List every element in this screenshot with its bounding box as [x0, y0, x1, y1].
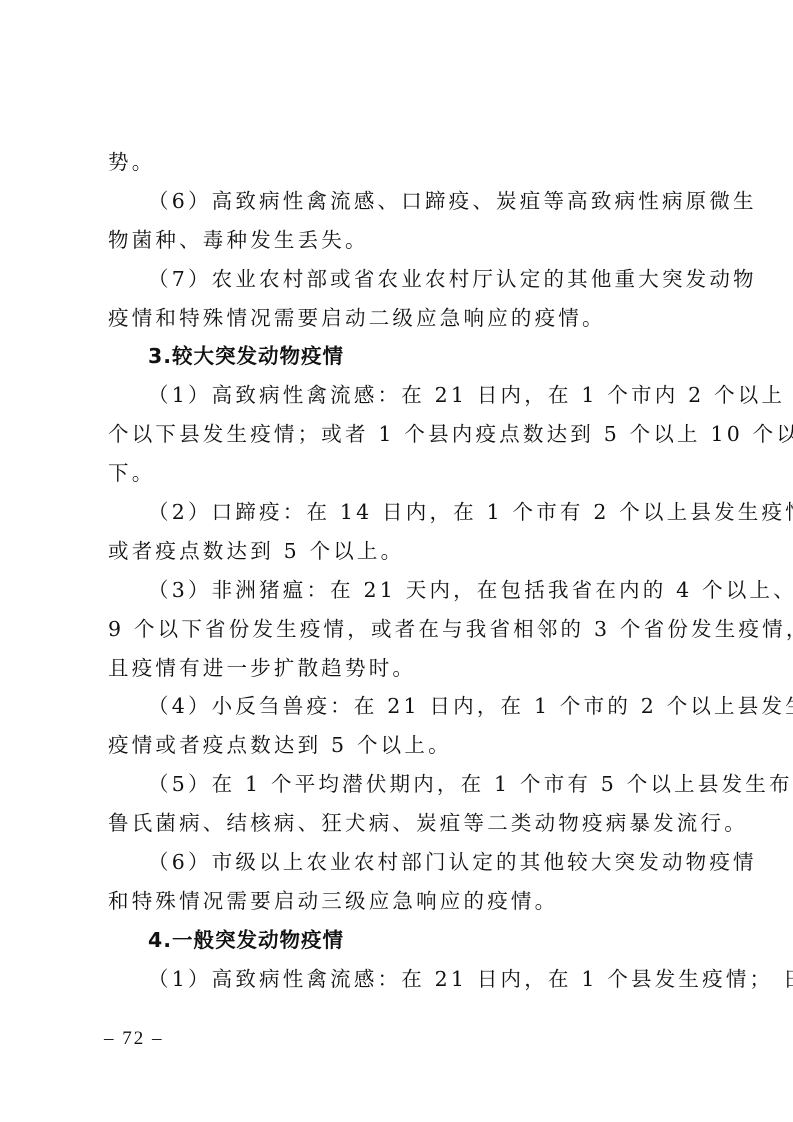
text-line: 9 个以下省份发生疫情，或者在与我省相邻的 3 个省份发生疫情，: [108, 610, 698, 649]
document-body: 势。 （6）高致病性禽流感、口蹄疫、炭疽等高致病性病原微生 物菌种、毒种发生丢失…: [108, 143, 698, 999]
section-heading: 4.一般突发动物疫情: [108, 921, 698, 960]
section-heading: 3.较大突发动物疫情: [108, 337, 698, 376]
text-line: （1）高致病性禽流感：在 21 日内，在 1 个市内 2 个以上 5: [108, 376, 698, 415]
text-line: 和特殊情况需要启动三级应急响应的疫情。: [108, 882, 698, 921]
text-line: （2）口蹄疫：在 14 日内，在 1 个市有 2 个以上县发生疫情，: [108, 493, 698, 532]
page-number: – 72 –: [104, 1028, 164, 1050]
text-line: 下。: [108, 454, 698, 493]
text-line: 疫情或者疫点数达到 5 个以上。: [108, 726, 698, 765]
text-line: 且疫情有进一步扩散趋势时。: [108, 649, 698, 688]
text-line: （6）高致病性禽流感、口蹄疫、炭疽等高致病性病原微生: [108, 182, 698, 221]
text-line: （3）非洲猪瘟：在 21 天内，在包括我省在内的 4 个以上、: [108, 571, 698, 610]
text-line: 物菌种、毒种发生丢失。: [108, 221, 698, 260]
text-line: 或者疫点数达到 5 个以上。: [108, 532, 698, 571]
text-line: （6）市级以上农业农村部门认定的其他较大突发动物疫情: [108, 843, 698, 882]
text-line: （1）高致病性禽流感：在 21 日内，在 1 个县发生疫情； 日: [108, 960, 698, 999]
text-line: （4）小反刍兽疫：在 21 日内，在 1 个市的 2 个以上县发生: [108, 687, 698, 726]
text-line: 势。: [108, 143, 698, 182]
text-line: 鲁氏菌病、结核病、狂犬病、炭疽等二类动物疫病暴发流行。: [108, 804, 698, 843]
text-line: 疫情和特殊情况需要启动二级应急响应的疫情。: [108, 299, 698, 338]
text-line: （5）在 1 个平均潜伏期内，在 1 个市有 5 个以上县发生布: [108, 765, 698, 804]
text-line: （7）农业农村部或省农业农村厅认定的其他重大突发动物: [108, 260, 698, 299]
text-line: 个以下县发生疫情；或者 1 个县内疫点数达到 5 个以上 10 个以: [108, 415, 698, 454]
